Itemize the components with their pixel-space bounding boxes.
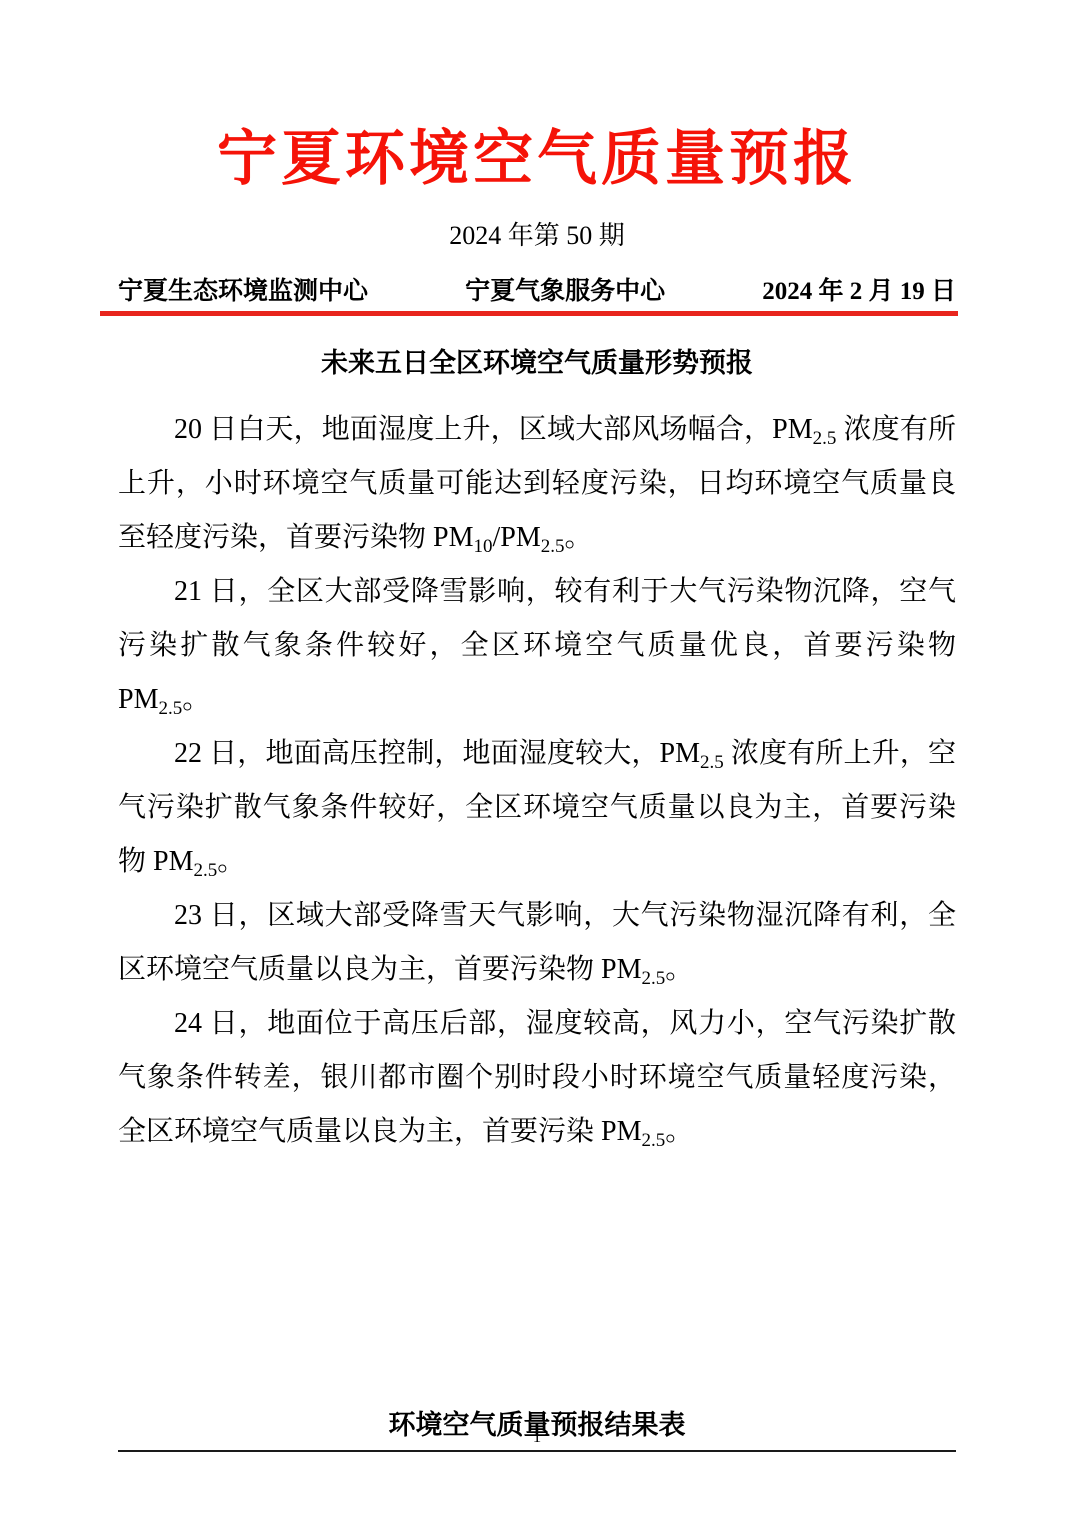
issuing-org-left: 宁夏生态环境监测中心 [118,276,368,308]
page-number: 1 [118,1426,956,1448]
issue-date: 2024 年 2 月 19 日 [762,276,956,308]
footer-rule [118,1450,956,1452]
document-title: 宁夏环境空气质量预报 [118,0,956,202]
page-footer: 1 [118,1426,956,1452]
forecast-paragraph: 23 日，区域大部受降雪天气影响，大气污染物湿沉降有利，全区环境空气质量以良为主… [118,889,956,997]
issue-number: 2024 年第 50 期 [118,218,956,254]
masthead: 宁夏生态环境监测中心 宁夏气象服务中心 2024 年 2 月 19 日 [118,276,956,308]
forecast-paragraph: 21 日，全区大部受降雪影响，较有利于大气污染物沉降，空气污染扩散气象条件较好，… [118,565,956,727]
forecast-paragraph: 24 日，地面位于高压后部，湿度较高，风力小，空气污染扩散气象条件转差，银川都市… [118,997,956,1159]
section-title: 未来五日全区环境空气质量形势预报 [118,345,956,381]
masthead-rule [100,311,958,316]
issuing-org-center: 宁夏气象服务中心 [465,276,665,308]
forecast-paragraphs: 20 日白天，地面湿度上升，区域大部风场幅合，PM2.5 浓度有所上升，小时环境… [118,403,956,1159]
forecast-paragraph: 22 日，地面高压控制，地面湿度较大，PM2.5 浓度有所上升，空气污染扩散气象… [118,727,956,889]
document-page: 宁夏环境空气质量预报 2024 年第 50 期 宁夏生态环境监测中心 宁夏气象服… [0,0,1074,1520]
forecast-paragraph: 20 日白天，地面湿度上升，区域大部风场幅合，PM2.5 浓度有所上升，小时环境… [118,403,956,565]
document-content: 宁夏环境空气质量预报 2024 年第 50 期 宁夏生态环境监测中心 宁夏气象服… [0,0,1074,1443]
